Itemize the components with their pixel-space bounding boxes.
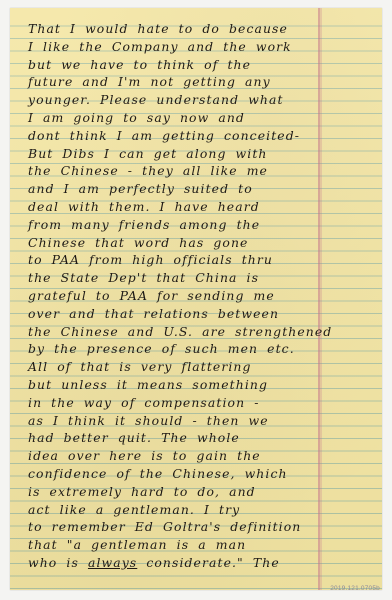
text-line: but we have to think of the: [28, 56, 378, 74]
text-line: to remember Ed Goltra's definition: [28, 518, 378, 536]
text-line: act like a gentleman. I try: [28, 501, 378, 519]
text-fragment: considerate." The: [146, 555, 279, 570]
text-fragment: who is: [28, 555, 79, 570]
text-line: I am going to say now and: [28, 109, 378, 127]
text-line: the State Dep't that China is: [28, 269, 378, 287]
text-line: over and that relations between: [28, 305, 378, 323]
text-line: future and I'm not getting any: [28, 73, 378, 91]
text-line: confidence of the Chinese, which: [28, 465, 378, 483]
text-line: All of that is very flattering: [28, 358, 378, 376]
text-line: had better quit. The whole: [28, 429, 378, 447]
text-line: by the presence of such men etc.: [28, 340, 378, 358]
text-line: I like the Company and the work: [28, 38, 378, 56]
text-line: is extremely hard to do, and: [28, 483, 378, 501]
text-line: grateful to PAA for sending me: [28, 287, 378, 305]
text-line: That I would hate to do because: [28, 20, 378, 38]
text-line: and I am perfectly suited to: [28, 180, 378, 198]
text-line-last: who is always considerate." The: [28, 554, 378, 572]
text-line: Chinese that word has gone: [28, 234, 378, 252]
underlined-word: always: [88, 555, 137, 570]
catalog-number: 2019.121.0705b: [330, 585, 380, 592]
text-line: from many friends among the: [28, 216, 378, 234]
text-line: younger. Please understand what: [28, 91, 378, 109]
text-line: in the way of compensation -: [28, 394, 378, 412]
handwritten-text: That I would hate to do because I like t…: [28, 20, 378, 572]
letter-page: That I would hate to do because I like t…: [10, 8, 382, 590]
text-line: as I think it should - then we: [28, 412, 378, 430]
text-line: dont think I am getting conceited-: [28, 127, 378, 145]
text-line: deal with them. I have heard: [28, 198, 378, 216]
text-line: that "a gentleman is a man: [28, 536, 378, 554]
text-line: to PAA from high officials thru: [28, 251, 378, 269]
text-line: But Dibs I can get along with: [28, 145, 378, 163]
text-line: idea over here is to gain the: [28, 447, 378, 465]
text-line: the Chinese and U.S. are strengthened: [28, 323, 378, 341]
text-line: but unless it means something: [28, 376, 378, 394]
text-line: the Chinese - they all like me: [28, 162, 378, 180]
